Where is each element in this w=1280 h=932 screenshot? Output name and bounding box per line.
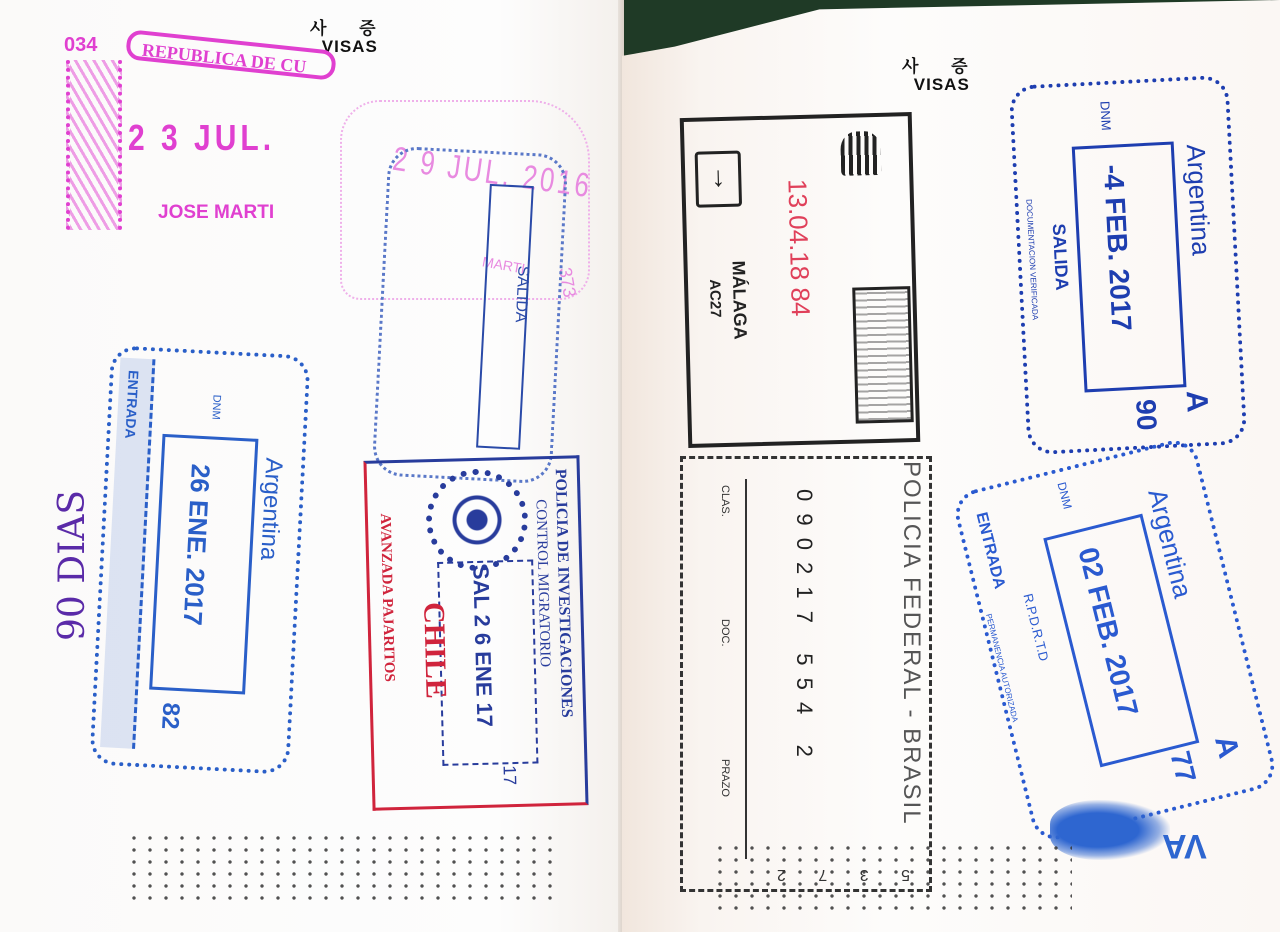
stamp-letter: A [1207, 732, 1245, 761]
passport-number-perforation [126, 832, 556, 902]
spain-malaga-stamp: ↓ 13.04.18 84 MÁLAGA AC27 [680, 112, 921, 448]
stamp-city: MÁLAGA [727, 260, 750, 340]
label-clas: CLAS. [719, 485, 731, 517]
document-number: 0 9 0 2 1 7 5 5 4 2 [791, 489, 817, 760]
label-doc: DOC. [719, 619, 731, 647]
stamp-agency: POLICIA DE INVESTIGACIONES [551, 469, 576, 718]
label-column [683, 479, 747, 859]
stamp-dnm: DNM [1054, 481, 1074, 511]
stamp-country: Argentina [254, 457, 287, 561]
visas-header-right: 사 증 VISAS [902, 58, 982, 94]
argentina-entry-2-stamp: ENTRADA R.P.D.R.T.D PERMANENCIA AUTORIZA… [950, 435, 1280, 845]
stamp-country: CHILE [416, 602, 453, 700]
stamp-date: SAL 2 6 ENE 17 [467, 565, 497, 728]
smudge-text: VA [1162, 826, 1207, 865]
label-prazo: PRAZO [719, 759, 731, 797]
stamp-code: AC27 [706, 279, 724, 318]
header-english: VISAS [902, 76, 982, 94]
stamp-number: 90 [1129, 398, 1163, 431]
argentina-exit-stamp: DNM -4 FEB. 2017 Argentina SALIDA DOCUME… [1008, 74, 1247, 455]
crown-icon [840, 131, 881, 176]
stamp-exit-label: SALIDA [1048, 223, 1072, 291]
left-passport-page: 사 증 VISAS 034 REPUBLICA DE CU 2 3 JUL. J… [0, 0, 622, 932]
stamp-label: SALIDA [511, 265, 532, 323]
cuba-emblem [66, 60, 122, 230]
stamp-code: R.P.D.R.T.D [1020, 592, 1051, 663]
stamp-number: 17 [498, 765, 520, 786]
stamp-dnm: DNM [1097, 101, 1114, 131]
cuba-entry-stamp: 034 REPUBLICA DE CU 2 3 JUL. JOSE MARTI [62, 30, 342, 250]
passport-number-perforation [712, 842, 1072, 912]
stamp-number: 034 [64, 34, 97, 57]
stamp-letter: A [1179, 390, 1214, 413]
stamp-date: 13.04.18 84 [781, 179, 816, 317]
stamp-agency: POLICIA FEDERAL - BRASIL [897, 461, 925, 826]
stamp-country: REPUBLICA DE CU [125, 29, 337, 81]
stamp-verified: DOCUMENTACION VERIFICADA [1024, 199, 1039, 321]
partial-exit-stamp: SALIDA [371, 146, 568, 485]
stamp-permanence: PERMANENCIA AUTORIZADA [984, 613, 1020, 723]
stamp-entry-label: ENTRADA [971, 511, 1007, 591]
header-korean: 사 증 [902, 58, 982, 76]
handwritten-90-dias: 90 DIAS [52, 490, 93, 641]
stamp-number: 82 [155, 702, 184, 730]
stamp-number: 77 [1163, 748, 1202, 786]
arrival-arrow-icon: ↓ [695, 151, 742, 208]
airport-emblem [852, 286, 914, 423]
stamp-country: Argentina [1180, 144, 1217, 257]
stamp-checkpoint: AVANZADA PAJARITOS [376, 513, 397, 682]
chile-exit-stamp: POLICIA DE INVESTIGACIONES CONTROL MIGRA… [363, 455, 588, 811]
police-seal [425, 468, 530, 573]
stamp-dnm: DNM [209, 394, 222, 420]
brasil-policia-federal-stamp: POLICIA FEDERAL - BRASIL CLAS. DOC. PRAZ… [680, 456, 932, 892]
stamp-date: 2 3 JUL. [128, 119, 275, 160]
argentina-entry-stamp: ENTRADA DNM 26 ENE. 2017 Argentina 82 [89, 345, 311, 775]
right-passport-page: 사 증 VISAS ↓ 13.04.18 84 MÁLAGA AC27 POLI… [622, 0, 1280, 932]
stamp-airport: JOSE MARTI [158, 202, 274, 224]
